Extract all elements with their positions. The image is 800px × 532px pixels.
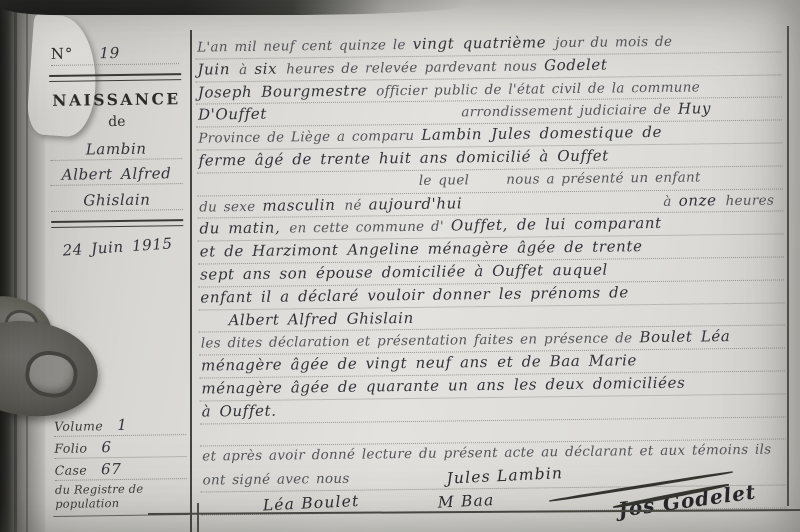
folio-value: 6	[101, 438, 111, 456]
printed-form-text: né	[344, 195, 362, 216]
handwritten-entry: Huy	[678, 99, 711, 120]
right-margin-line	[787, 26, 789, 506]
scanned-birth-record: N° 19 NAISSANCE de Lambin Albert Alfred …	[0, 0, 800, 532]
spacer	[423, 318, 783, 322]
handwritten-entry: aujourd'hui	[369, 193, 463, 215]
spacer	[720, 113, 780, 114]
spacer	[708, 180, 781, 181]
handwritten-entry: Albert Alfred Ghislain	[228, 308, 413, 331]
printed-form-text: heures de relevée	[286, 58, 418, 81]
handwritten-entry: ménagère âgée de quarante un ans	[201, 375, 505, 400]
margin-bottom-rule	[53, 514, 189, 517]
printed-form-text: Province de Liège a comparu	[198, 126, 414, 150]
handwritten-entry: et de Harzimont	[200, 240, 339, 263]
printed-form-text: en cette commune d'	[289, 217, 444, 240]
registry-folio-row: Folio 6	[54, 437, 186, 459]
printed-form-text: nous a présenté un enfant	[506, 167, 701, 190]
act-body: L'an mil neuf cent quinze levingt quatri…	[195, 29, 787, 515]
folio-label: Folio	[54, 440, 87, 455]
child-firstnames-2: Ghislain	[51, 190, 183, 212]
handwritten-entry: Joseph	[198, 81, 253, 103]
printed-form-text: à	[239, 60, 248, 81]
handwritten-entry: Jules domestique de	[491, 122, 662, 145]
child-firstnames: Albert Alfred	[50, 164, 182, 186]
volume-label: Volume	[54, 418, 103, 434]
handwritten-entry: sept ans son épouse domiciliée à Ouffet	[200, 260, 544, 285]
double-rule-top	[49, 73, 181, 82]
thumbnail	[22, 347, 81, 401]
case-label: Case	[55, 462, 88, 477]
registry-references: Volume 1 Folio 6 Case 67 du Registre de …	[54, 415, 187, 511]
handwritten-entry: auquel	[553, 260, 608, 282]
handwritten-entry: masculin	[262, 194, 335, 216]
handwritten-entry: Juin	[197, 59, 230, 80]
registry-case-row: Case 67	[55, 459, 187, 481]
handwritten-entry: Lambin	[421, 124, 482, 146]
printed-form-text: à	[663, 191, 672, 212]
handwritten-entry: Ouffet,	[451, 215, 508, 237]
record-type-heading: NAISSANCE	[47, 89, 185, 110]
signature: Jules Lambin	[446, 463, 564, 489]
registry-volume-row: Volume 1	[54, 415, 186, 437]
act-number-label: N°	[51, 45, 74, 63]
printed-form-text: pardevant nous	[424, 56, 537, 78]
act-number-value: 19	[99, 44, 120, 62]
act-number-row: N° 19	[51, 43, 179, 66]
handwritten-entry: vingt quatrième	[413, 32, 547, 55]
handwritten-entry: à Ouffet.	[202, 400, 277, 422]
margin-separator-line-lower	[197, 503, 199, 532]
printed-form-text: le quel	[419, 170, 470, 192]
handwritten-entry: et de Baa Marie	[497, 350, 637, 373]
printed-form-text: du sexe	[199, 196, 256, 218]
handwritten-entry: D'Ouffet	[198, 104, 267, 126]
handwritten-entry: enfant il a déclaré vouloir donner les p…	[200, 282, 629, 308]
handwritten-entry: ferme âgé de trente huit ans domicilié à…	[198, 146, 609, 172]
handwritten-entry: du matin,	[199, 218, 280, 240]
margin-column: N° 19 NAISSANCE de Lambin Albert Alfred …	[47, 27, 192, 529]
record-type-de: de	[48, 113, 186, 131]
handwritten-entry: Bourgmestre	[261, 80, 367, 102]
printed-form-text: officier public de l'état civil de la co…	[376, 77, 700, 102]
case-value: 67	[101, 460, 122, 478]
printed-form-text: ont signé avec nous	[202, 469, 349, 492]
printed-form-text: arrondissement judiciaire de	[461, 100, 671, 124]
margin-separator-line	[190, 30, 192, 532]
handwritten-entry: onze	[679, 190, 717, 211]
handwritten-entry: Godelet	[544, 54, 608, 76]
spacer	[357, 482, 447, 483]
printed-form-text: heures	[725, 190, 774, 212]
spacer	[502, 504, 618, 505]
spacer	[471, 205, 663, 207]
spacer	[276, 117, 461, 119]
child-surname: Lambin	[50, 139, 182, 161]
spacer	[203, 509, 263, 510]
registry-note: du Registre de population	[55, 481, 187, 511]
handwritten-entry: les deux domiciliées	[514, 373, 686, 396]
handwritten-entry: de lui comparant	[517, 213, 662, 236]
spacer	[368, 507, 438, 508]
spacer	[199, 185, 419, 188]
handwritten-entry: Boulet Léa	[639, 326, 730, 348]
act-date: 24 Juin 1915	[51, 234, 184, 261]
double-rule-bottom	[51, 219, 183, 228]
volume-value: 1	[117, 416, 127, 434]
printed-form-text: jour du mois de	[555, 32, 672, 54]
printed-form-text: L'an mil neuf cent quinze le	[197, 35, 406, 59]
handwritten-entry: Angeline ménagère âgée de trente	[347, 236, 642, 261]
handwritten-entry: ménagère âgée de vingt neuf ans	[201, 352, 488, 377]
handwritten-entry: six	[254, 58, 277, 79]
